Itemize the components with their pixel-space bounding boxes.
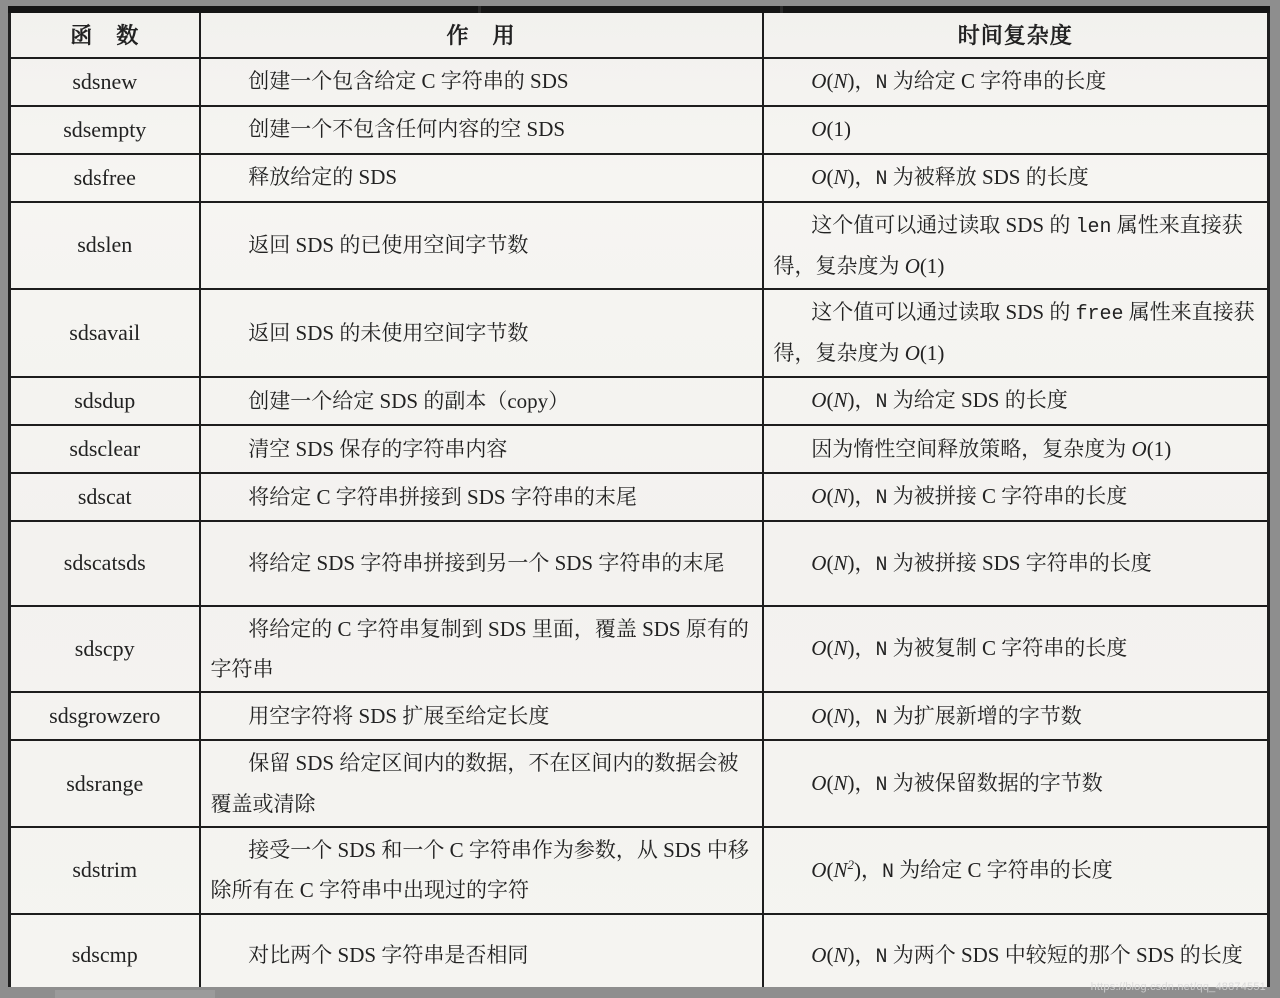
complexity-cell: O(N)，N 为两个 SDS 中较短的那个 SDS 的长度 — [763, 914, 1269, 987]
func-cell: sdscat — [10, 473, 200, 521]
func-cell: sdsgrowzero — [10, 692, 200, 740]
header-complexity: 时间复杂度 — [763, 10, 1269, 58]
table-row: sdsclear清空 SDS 保存的字符串内容因为惰性空间释放策略，复杂度为 O… — [10, 425, 1269, 473]
header-func: 函 数 — [10, 10, 200, 58]
func-cell: sdsnew — [10, 58, 200, 106]
complexity-cell: 这个值可以通过读取 SDS 的 len 属性来直接获得，复杂度为 O(1) — [763, 202, 1269, 290]
func-cell: sdstrim — [10, 827, 200, 914]
header-action: 作 用 — [200, 10, 763, 58]
action-cell: 保留 SDS 给定区间内的数据，不在区间内的数据会被覆盖或清除 — [200, 740, 763, 827]
table-row: sdsempty创建一个不包含任何内容的空 SDSO(1) — [10, 106, 1269, 154]
func-cell: sdscatsds — [10, 521, 200, 606]
func-cell: sdsdup — [10, 377, 200, 425]
complexity-cell: O(N2)，N 为给定 C 字符串的长度 — [763, 827, 1269, 914]
complexity-cell: O(N)，N 为给定 C 字符串的长度 — [763, 58, 1269, 106]
action-cell: 释放给定的 SDS — [200, 154, 763, 202]
complexity-cell: O(N)，N 为被释放 SDS 的长度 — [763, 154, 1269, 202]
action-cell: 创建一个给定 SDS 的副本（copy） — [200, 377, 763, 425]
table-row: sdsrange保留 SDS 给定区间内的数据，不在区间内的数据会被覆盖或清除O… — [10, 740, 1269, 827]
complexity-cell: O(N)，N 为被保留数据的字节数 — [763, 740, 1269, 827]
func-cell: sdsavail — [10, 289, 200, 377]
complexity-cell: 因为惰性空间释放策略，复杂度为 O(1) — [763, 425, 1269, 473]
table-row: sdsnew创建一个包含给定 C 字符串的 SDSO(N)，N 为给定 C 字符… — [10, 58, 1269, 106]
complexity-cell: O(N)，N 为被拼接 SDS 字符串的长度 — [763, 521, 1269, 606]
table-header: 函 数 作 用 时间复杂度 — [10, 10, 1269, 58]
action-cell: 用空字符将 SDS 扩展至给定长度 — [200, 692, 763, 740]
action-cell: 将给定 C 字符串拼接到 SDS 字符串的末尾 — [200, 473, 763, 521]
table-body: sdsnew创建一个包含给定 C 字符串的 SDSO(N)，N 为给定 C 字符… — [10, 58, 1269, 988]
func-cell: sdsrange — [10, 740, 200, 827]
complexity-cell: O(1) — [763, 106, 1269, 154]
header-row: 函 数 作 用 时间复杂度 — [10, 10, 1269, 58]
action-cell: 清空 SDS 保存的字符串内容 — [200, 425, 763, 473]
complexity-cell: O(N)，N 为扩展新增的字节数 — [763, 692, 1269, 740]
func-cell: sdscmp — [10, 914, 200, 987]
scanned-page: 函 数 作 用 时间复杂度 sdsnew创建一个包含给定 C 字符串的 SDSO… — [8, 6, 1270, 987]
sds-api-table: 函 数 作 用 时间复杂度 sdsnew创建一个包含给定 C 字符串的 SDSO… — [8, 6, 1270, 987]
table-row: sdscmp对比两个 SDS 字符串是否相同O(N)，N 为两个 SDS 中较短… — [10, 914, 1269, 987]
complexity-cell: 这个值可以通过读取 SDS 的 free 属性来直接获得，复杂度为 O(1) — [763, 289, 1269, 377]
table-row: sdscatsds将给定 SDS 字符串拼接到另一个 SDS 字符串的末尾O(N… — [10, 521, 1269, 606]
func-cell: sdslen — [10, 202, 200, 290]
action-cell: 将给定的 C 字符串复制到 SDS 里面，覆盖 SDS 原有的字符串 — [200, 606, 763, 693]
table-row: sdscpy将给定的 C 字符串复制到 SDS 里面，覆盖 SDS 原有的字符串… — [10, 606, 1269, 693]
action-cell: 返回 SDS 的未使用空间字节数 — [200, 289, 763, 377]
watermark-url: https://blog.csdn.net/qq_48874551 — [1091, 981, 1266, 993]
action-cell: 创建一个包含给定 C 字符串的 SDS — [200, 58, 763, 106]
action-cell: 创建一个不包含任何内容的空 SDS — [200, 106, 763, 154]
table-row: sdsfree释放给定的 SDSO(N)，N 为被释放 SDS 的长度 — [10, 154, 1269, 202]
complexity-cell: O(N)，N 为被拼接 C 字符串的长度 — [763, 473, 1269, 521]
table-row: sdsgrowzero用空字符将 SDS 扩展至给定长度O(N)，N 为扩展新增… — [10, 692, 1269, 740]
complexity-cell: O(N)，N 为被复制 C 字符串的长度 — [763, 606, 1269, 693]
table-row: sdsdup创建一个给定 SDS 的副本（copy）O(N)，N 为给定 SDS… — [10, 377, 1269, 425]
action-cell: 将给定 SDS 字符串拼接到另一个 SDS 字符串的末尾 — [200, 521, 763, 606]
action-cell: 对比两个 SDS 字符串是否相同 — [200, 914, 763, 987]
scan-frame: 函 数 作 用 时间复杂度 sdsnew创建一个包含给定 C 字符串的 SDSO… — [0, 0, 1280, 998]
scan-artifact — [55, 990, 215, 998]
action-cell: 接受一个 SDS 和一个 C 字符串作为参数，从 SDS 中移除所有在 C 字符… — [200, 827, 763, 914]
table-row: sdstrim接受一个 SDS 和一个 C 字符串作为参数，从 SDS 中移除所… — [10, 827, 1269, 914]
action-cell: 返回 SDS 的已使用空间字节数 — [200, 202, 763, 290]
table-row: sdsavail返回 SDS 的未使用空间字节数这个值可以通过读取 SDS 的 … — [10, 289, 1269, 377]
func-cell: sdsfree — [10, 154, 200, 202]
func-cell: sdsempty — [10, 106, 200, 154]
scan-artifact — [780, 6, 783, 13]
func-cell: sdscpy — [10, 606, 200, 693]
scan-artifact — [478, 6, 481, 13]
table-row: sdscat将给定 C 字符串拼接到 SDS 字符串的末尾O(N)，N 为被拼接… — [10, 473, 1269, 521]
complexity-cell: O(N)，N 为给定 SDS 的长度 — [763, 377, 1269, 425]
func-cell: sdsclear — [10, 425, 200, 473]
table-row: sdslen返回 SDS 的已使用空间字节数这个值可以通过读取 SDS 的 le… — [10, 202, 1269, 290]
